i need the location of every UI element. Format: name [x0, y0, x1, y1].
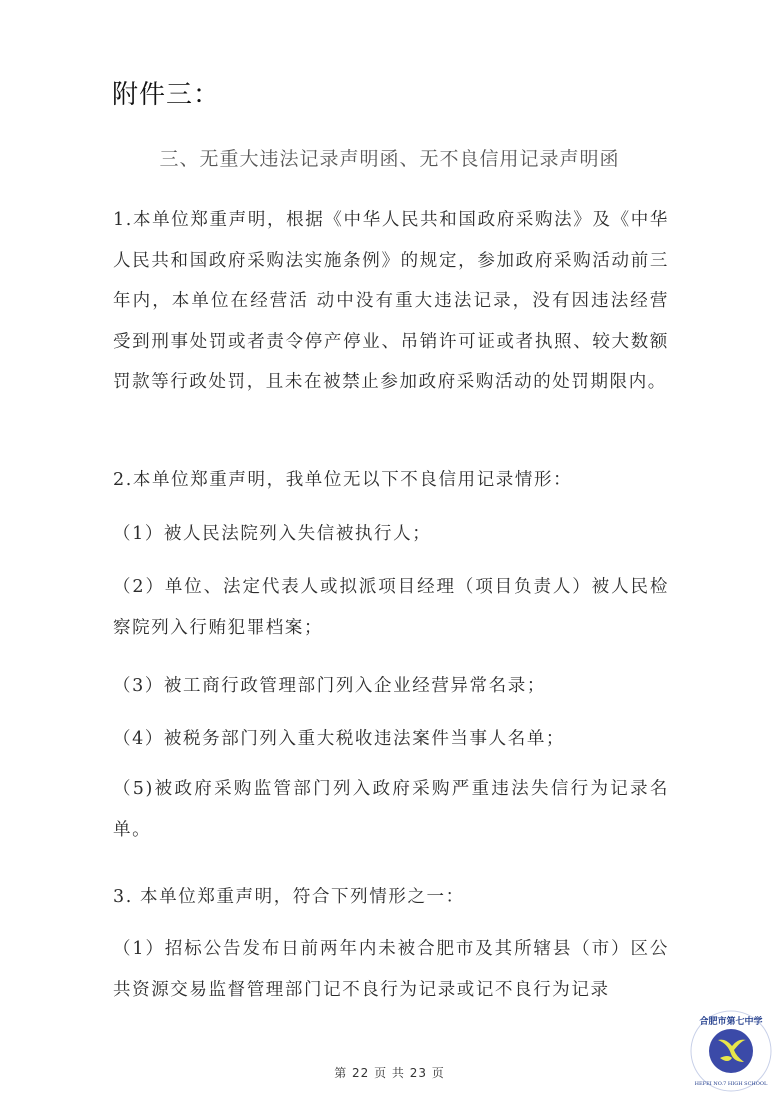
paragraph-3: 3. 本单位郑重声明，符合下列情形之一：: [113, 877, 669, 918]
list-item-2-5: （5)被政府采购监管部门列入政府采购严重违法失信行为记录名单。: [113, 769, 669, 850]
school-logo-watermark: 合肥市第七中学 HEFEI NO.7 HIGH SCHOOL: [690, 1010, 772, 1092]
list-item-2-2: （2）单位、法定代表人或拟派项目经理（项目负责人）被人民检察院列入行贿犯罪档案；: [113, 567, 669, 648]
list-item-2-3: （3）被工商行政管理部门列入企业经营异常名录；: [113, 666, 669, 707]
document-title: 三、无重大违法记录声明函、无不良信用记录声明函: [0, 144, 779, 171]
school-emblem-icon: 合肥市第七中学 HEFEI NO.7 HIGH SCHOOL: [690, 1010, 772, 1092]
svg-text:合肥市第七中学: 合肥市第七中学: [699, 1015, 762, 1027]
paragraph-2: 2.本单位郑重声明，我单位无以下不良信用记录情形：: [113, 460, 669, 501]
attachment-label: 附件三：: [112, 74, 220, 111]
svg-text:HEFEI NO.7 HIGH SCHOOL: HEFEI NO.7 HIGH SCHOOL: [695, 1081, 768, 1087]
list-item-2-1: （1）被人民法院列入失信被执行人；: [113, 514, 669, 555]
list-item-3-1: （1）招标公告发布日前两年内未被合肥市及其所辖县（市）区公共资源交易监督管理部门…: [113, 929, 669, 1010]
page-footer: 第 22 页 共 23 页: [0, 1064, 779, 1081]
paragraph-1: 1.本单位郑重声明，根据《中华人民共和国政府采购法》及《中华人民共和国政府采购法…: [113, 200, 669, 403]
list-item-2-4: （4）被税务部门列入重大税收违法案件当事人名单；: [113, 719, 669, 760]
